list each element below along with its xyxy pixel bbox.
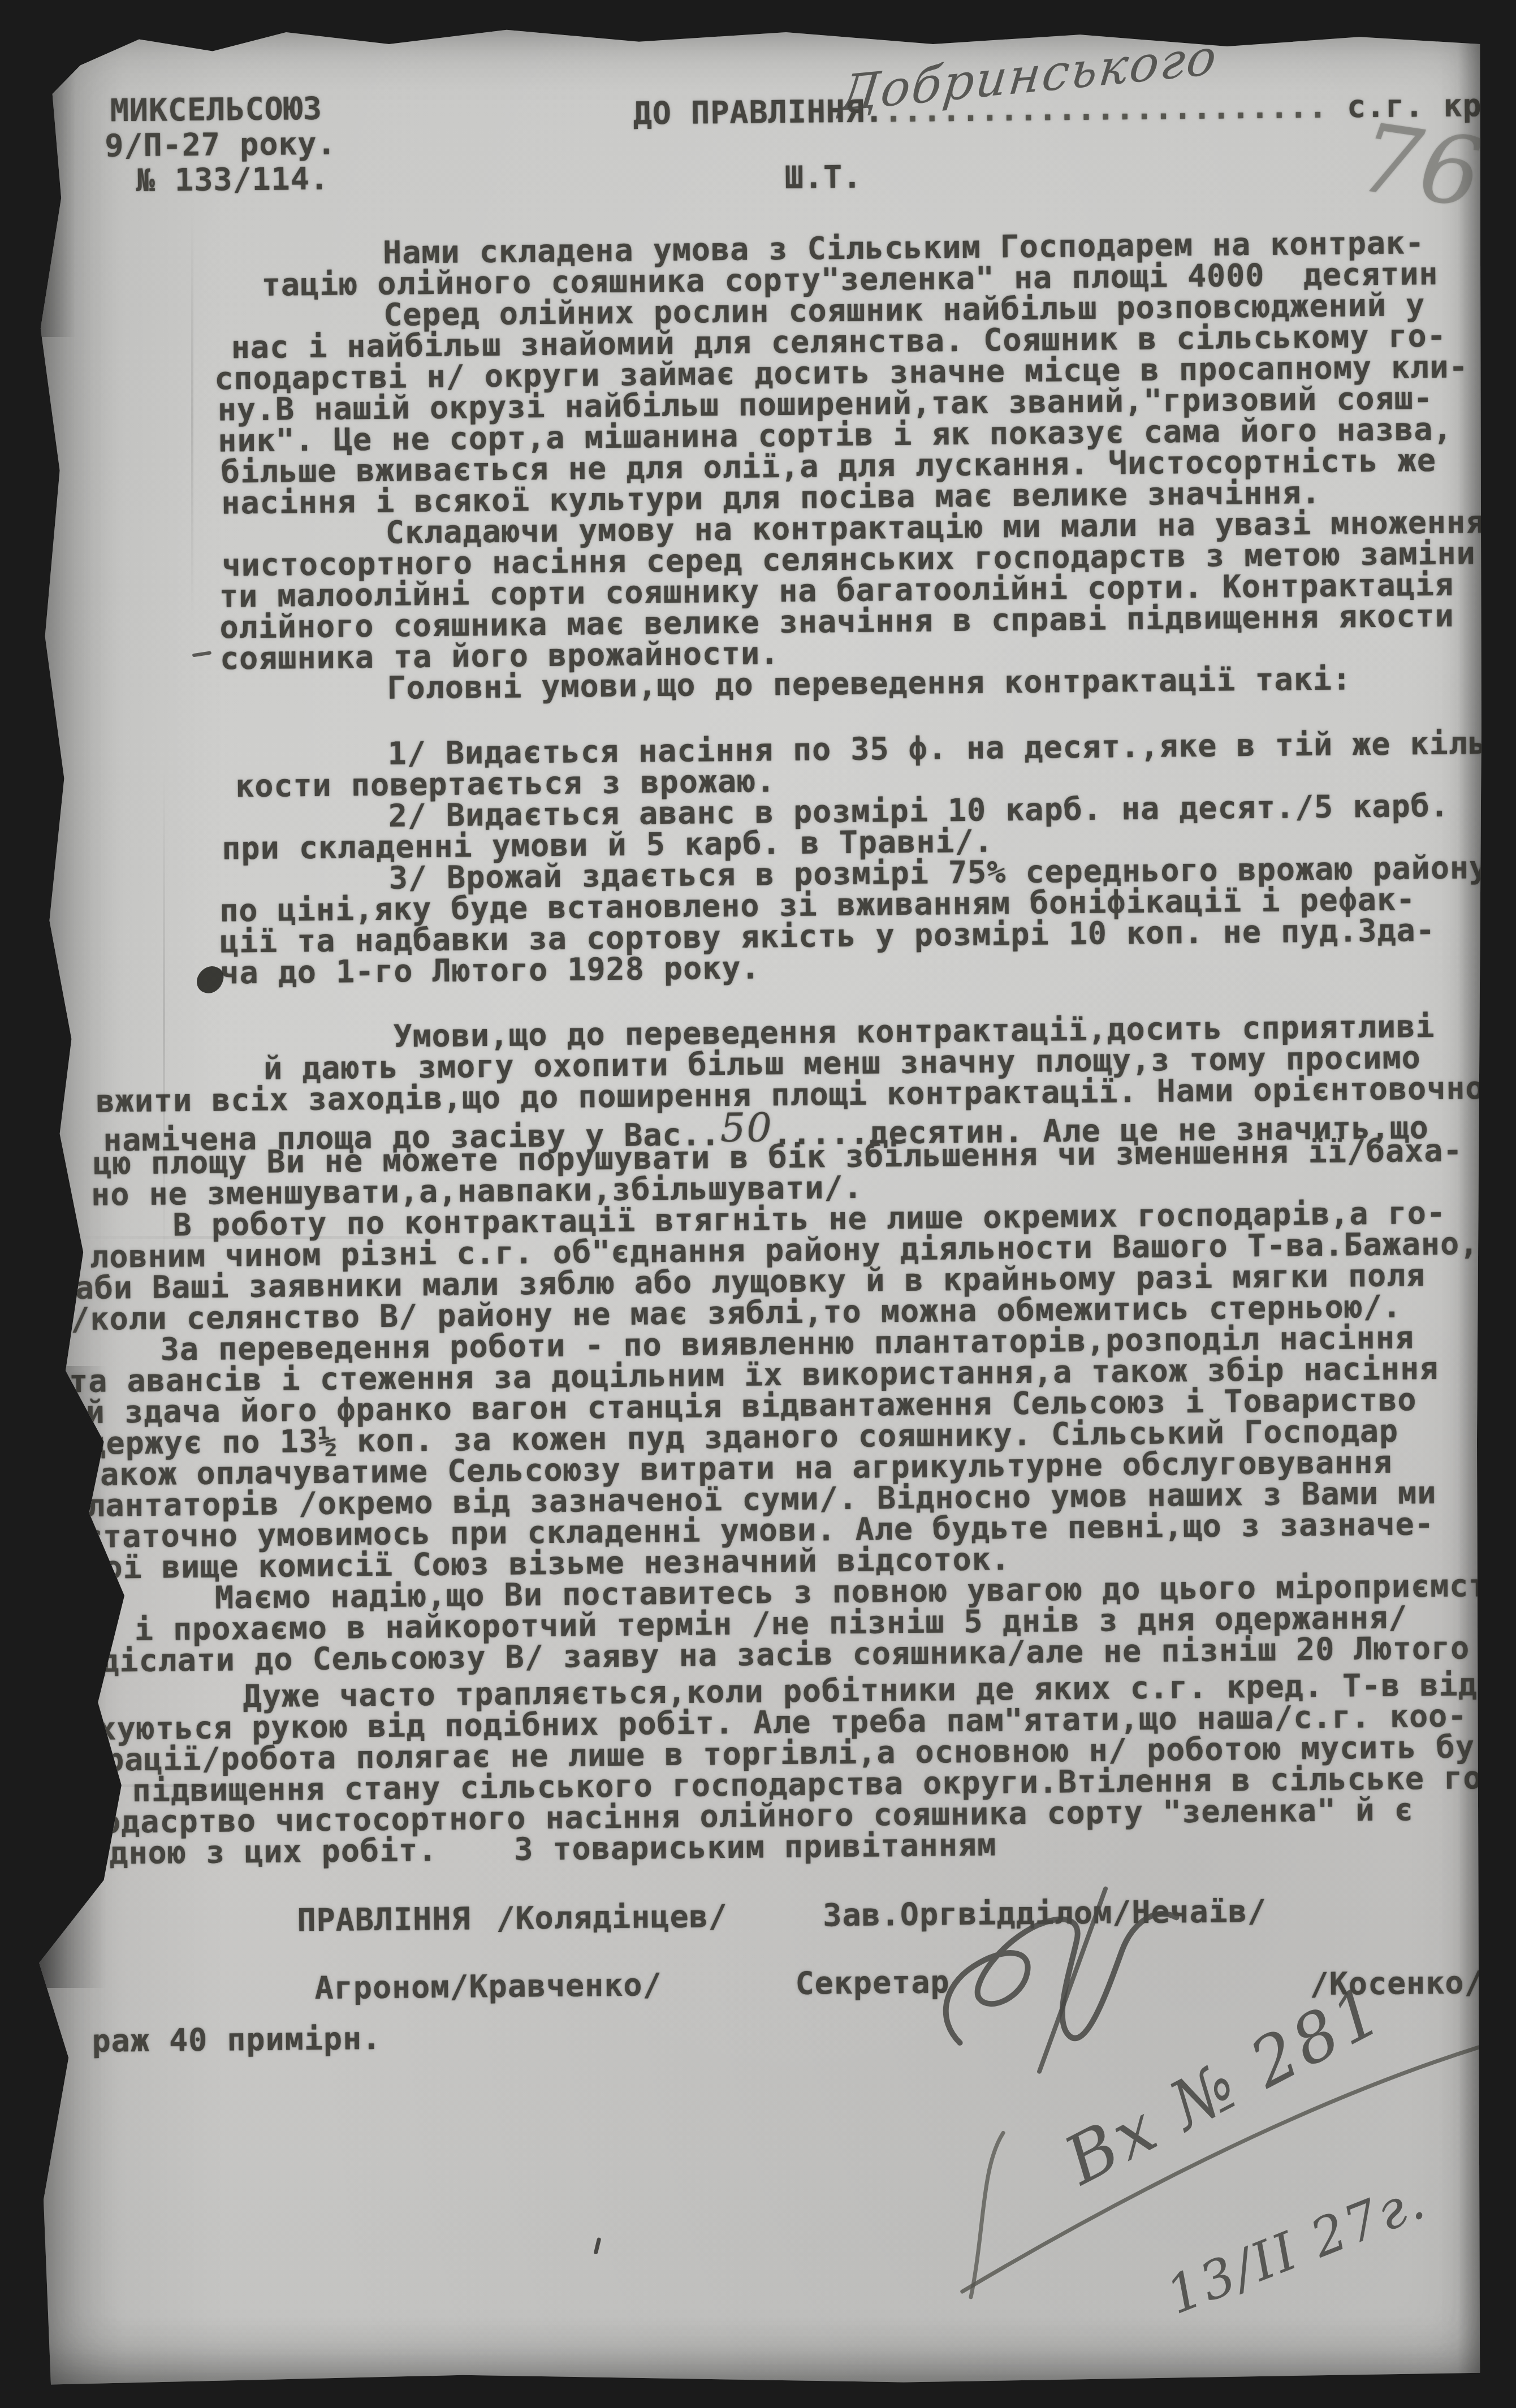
document-page: МИКСЕЛЬСОЮЗ 9/П-27 року. № 133/114. ДО П… xyxy=(21,20,1492,2389)
typed-line: одною з цих робіт. xyxy=(90,1832,438,1871)
agronomist-signature-name: Агроном/Кравченко/ xyxy=(314,1966,662,2006)
ref-number: № 133/114. xyxy=(136,161,330,198)
curl-shadow-top-left xyxy=(21,54,89,337)
vertical-crease xyxy=(163,767,165,1276)
torn-edge-shadow xyxy=(21,1366,106,1988)
right-edge-shadow xyxy=(1458,20,1492,2389)
valediction: З товариським привітанням xyxy=(514,1826,996,1867)
vertical-crease xyxy=(191,213,193,620)
stray-dash-mark xyxy=(192,651,212,657)
sewing-hole xyxy=(34,337,40,344)
org-name: МИКСЕЛЬСОЮЗ xyxy=(110,90,322,129)
sewing-hole xyxy=(36,416,42,423)
horizontal-crease xyxy=(55,1236,485,1239)
salutation: Ш.Т. xyxy=(785,159,862,196)
board-label: ПРАВЛІННЯ xyxy=(297,1900,471,1938)
page-content: МИКСЕЛЬСОЮЗ 9/П-27 року. № 133/114. ДО П… xyxy=(19,8,1511,2391)
typed-line: ча до 1-го Лютого 1928 року. xyxy=(220,949,761,991)
print-run-note: раж 40 примірн. xyxy=(92,2020,381,2059)
sewing-hole xyxy=(34,541,40,548)
org-date: 9/П-27 року. xyxy=(105,126,336,164)
sewing-hole xyxy=(36,778,42,785)
pen-tick-mark xyxy=(594,2237,602,2255)
chairman-signature-name: /Колядінцев/ xyxy=(496,1898,728,1936)
horizontal-crease xyxy=(44,1784,338,1787)
scan-background: МИКСЕЛЬСОЮЗ 9/П-27 року. № 133/114. ДО П… xyxy=(0,0,1516,2408)
sewing-hole xyxy=(35,207,41,214)
